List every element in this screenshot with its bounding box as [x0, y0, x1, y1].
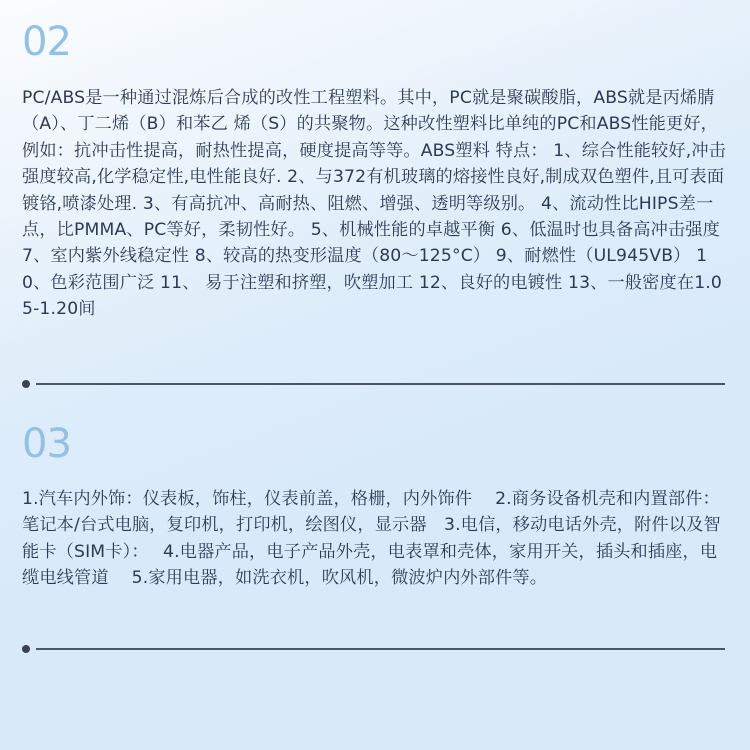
section-divider — [22, 380, 725, 388]
section-number: 03 — [22, 424, 71, 464]
section-body-text: 1.汽车内外饰：仪表板，饰柱，仪表前盖，格栅，内外饰件 2.商务设备机壳和内置部… — [22, 486, 732, 592]
divider-line — [36, 383, 725, 385]
section-divider — [22, 645, 725, 653]
section-number: 02 — [22, 22, 71, 62]
bullet-dot-icon — [22, 645, 30, 653]
bullet-dot-icon — [22, 380, 30, 388]
section-body-text: PC/ABS是一种通过混炼后合成的改性工程塑料。其中，PC就是聚碳酸脂，ABS就… — [22, 85, 732, 323]
divider-line — [36, 648, 725, 650]
